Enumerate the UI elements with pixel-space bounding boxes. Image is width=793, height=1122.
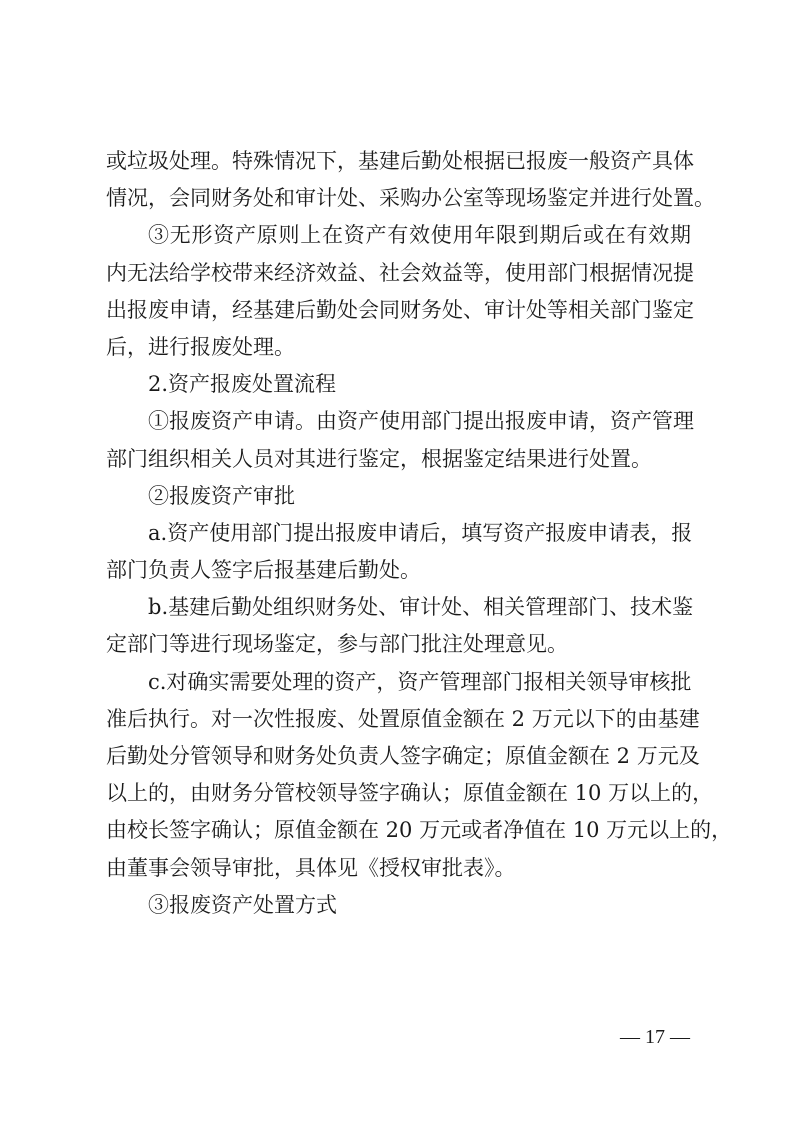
subsection-heading: ②报废资产审批	[106, 478, 691, 515]
text-line: 内无法给学校带来经济效益、社会效益等，使用部门根据情况提	[106, 255, 691, 292]
section-heading: 2.资产报废处置流程	[106, 366, 691, 403]
paragraph-intangible-assets: ③无形资产原则上在资产有效使用年限到期后或在有效期	[106, 217, 691, 254]
list-item-b: b.基建后勤处组织财务处、审计处、相关管理部门、技术鉴	[106, 589, 691, 626]
text-line: 定部门等进行现场鉴定，参与部门批注处理意见。	[106, 626, 691, 663]
text-line: 出报废申请，经基建后勤处会同财务处、审计处等相关部门鉴定	[106, 292, 691, 329]
page-number: — 17 —	[620, 1026, 690, 1049]
list-item-a: a.资产使用部门提出报废申请后，填写资产报废申请表，报	[106, 515, 691, 552]
text-line: 以上的，由财务分管校领导签字确认；原值金额在 10 万以上的，	[106, 775, 691, 812]
text-line: 后，进行报废处理。	[106, 329, 691, 366]
paragraph-application: ①报废资产申请。由资产使用部门提出报废申请，资产管理	[106, 403, 691, 440]
text-line: 部门组织相关人员对其进行鉴定，根据鉴定结果进行处置。	[106, 441, 691, 478]
text-line: 后勤处分管领导和财务处负责人签字确定；原值金额在 2 万元及	[106, 738, 691, 775]
subsection-heading: ③报废资产处置方式	[106, 887, 691, 924]
text-line: 由校长签字确认；原值金额在 20 万元或者净值在 10 万元以上的，	[106, 812, 691, 849]
text-line: 或垃圾处理。特殊情况下，基建后勤处根据已报废一般资产具体	[106, 143, 691, 180]
text-line: 情况，会同财务处和审计处、采购办公室等现场鉴定并进行处置。	[106, 180, 691, 217]
text-line: 准后执行。对一次性报废、处置原值金额在 2 万元以下的由基建	[106, 701, 691, 738]
document-body: 或垃圾处理。特殊情况下，基建后勤处根据已报废一般资产具体 情况，会同财务处和审计…	[106, 143, 691, 924]
text-line: 部门负责人签字后报基建后勤处。	[106, 552, 691, 589]
text-line: 由董事会领导审批，具体见《授权审批表》。	[106, 850, 691, 887]
list-item-c: c.对确实需要处理的资产，资产管理部门报相关领导审核批	[106, 664, 691, 701]
